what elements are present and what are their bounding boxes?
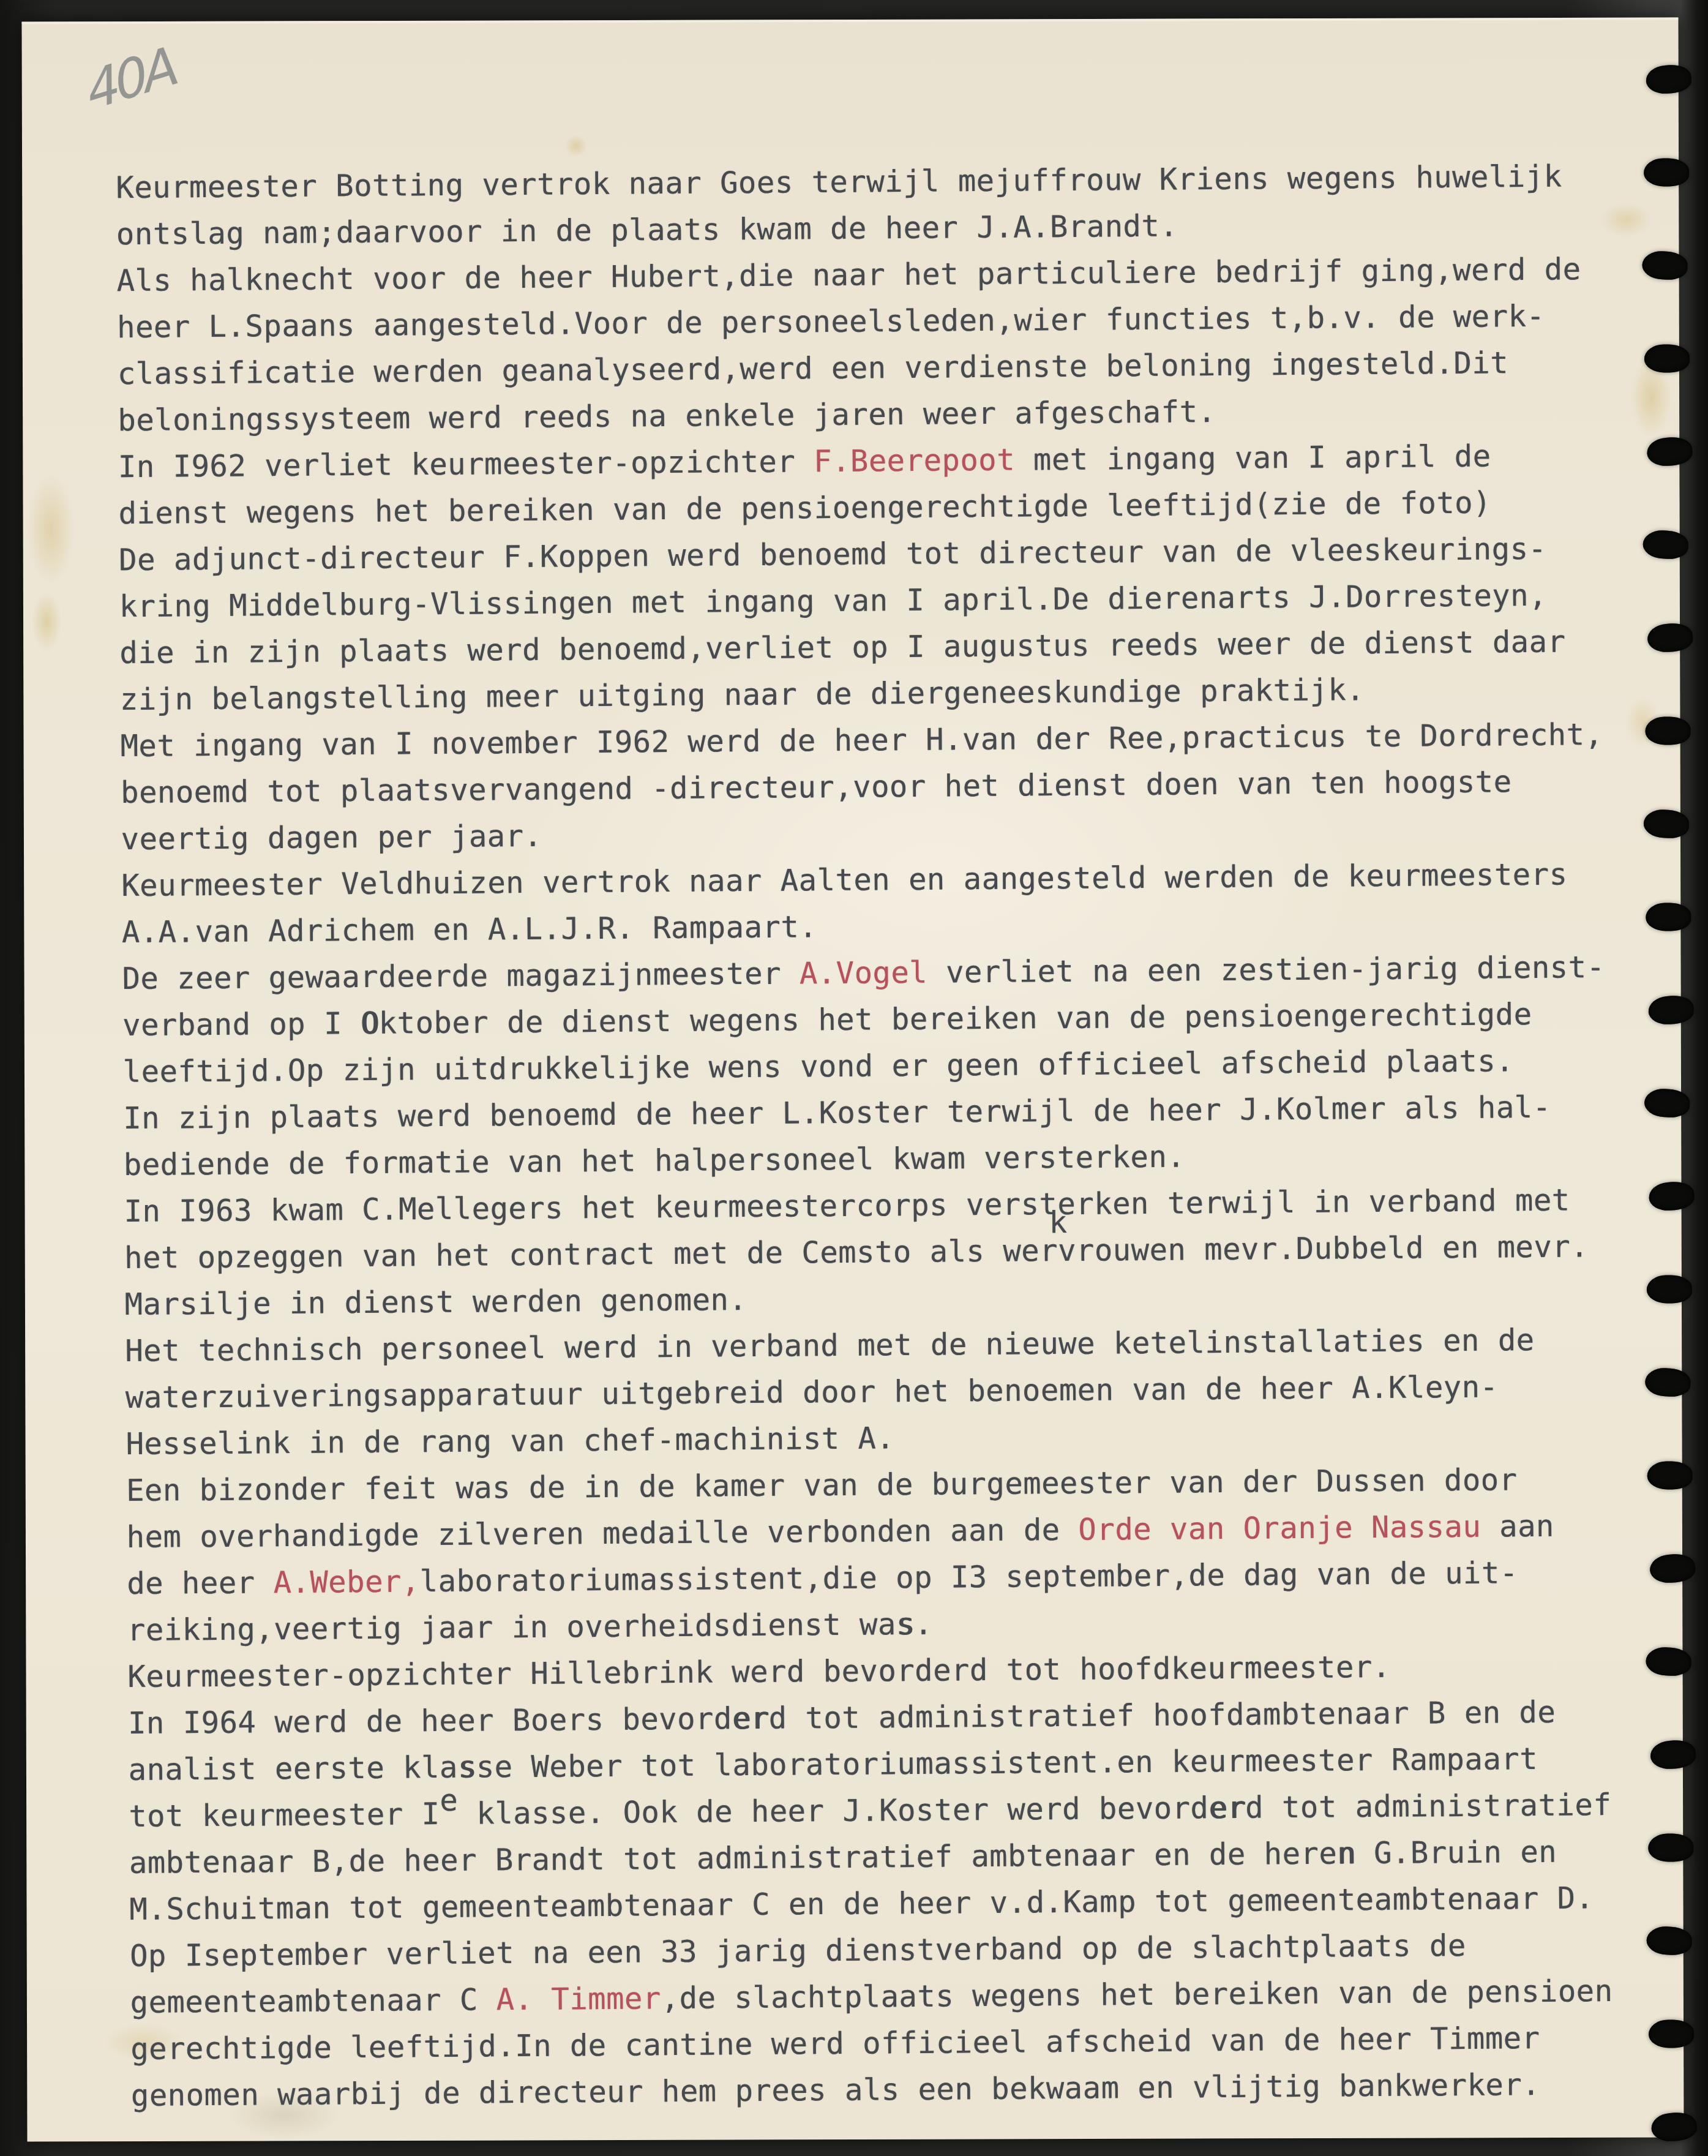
typewriter-text: e bbox=[440, 1783, 458, 1818]
typewriter-text: die in zijn plaats werd benoemd,verliet … bbox=[119, 625, 1566, 671]
typewriter-text: In I964 werd de heer Boers bevord bbox=[128, 1701, 732, 1741]
red-ink-text: A. Timmer bbox=[496, 1981, 661, 2017]
typewriter-text: d tot administratief bbox=[1245, 1787, 1611, 1825]
punch-hole bbox=[1644, 1367, 1691, 1398]
typewriter-text: De adjunct-directeur F.Koppen werd benoe… bbox=[119, 531, 1547, 577]
document-page: 40A Keurmeester Botting vertrok naar Goe… bbox=[21, 17, 1684, 2141]
typewriter-text: s bbox=[896, 1607, 914, 1642]
typewriter-text: verliet na een zestien-jarig dienst- bbox=[927, 950, 1605, 990]
typewriter-text: De zeer gewaardeerde magazijnmeester bbox=[122, 956, 800, 996]
typewriter-text: tot keurmeester I bbox=[129, 1797, 440, 1834]
typewriter-text: zijn belangstelling meer uitging naar de… bbox=[120, 672, 1365, 717]
typewriter-text: genomen waarbij de directeur hem prees a… bbox=[131, 2067, 1541, 2113]
typewriter-text: k bbox=[1049, 1200, 1049, 1246]
typewriter-text: er bbox=[732, 1701, 769, 1736]
typewriter-text: In I963 kwam C.Mellegers het keurmeester… bbox=[124, 1183, 1570, 1230]
punch-hole bbox=[1649, 2019, 1694, 2048]
typewriter-text: kring Middelburg-Vlissingen met ingang v… bbox=[119, 578, 1548, 624]
typewriter-text: vrouwen mevr.Dubbeld en mevr. bbox=[1058, 1229, 1589, 1268]
typewriter-text: de heer bbox=[127, 1565, 274, 1601]
punch-hole bbox=[1645, 1647, 1691, 1677]
punch-hole bbox=[1649, 1553, 1696, 1584]
typewriter-text: A.A.van Adrichem en A.L.J.R. Rampaart. bbox=[122, 909, 818, 950]
typewriter-text: met ingang van I april de bbox=[1015, 439, 1491, 478]
punch-hole bbox=[1647, 1275, 1692, 1303]
punch-hole bbox=[1643, 809, 1690, 839]
typewriter-text: benoemd tot plaatsvervangend -directeur,… bbox=[121, 764, 1512, 810]
typewriter-text: Een bizonder feit was de in de kamer van… bbox=[126, 1462, 1518, 1508]
red-ink-text: Orde van Oranje Nassau bbox=[1078, 1509, 1481, 1547]
punch-hole bbox=[1647, 622, 1694, 653]
punch-hole bbox=[1645, 716, 1690, 745]
typewriter-text: Keurmeester Veldhuizen vertrok naar Aalt… bbox=[121, 857, 1568, 904]
typewriter-text: d tot administratief hoofdambtenaar B en… bbox=[768, 1695, 1556, 1736]
typewriter-text: Marsilje in dienst werden genomen. bbox=[124, 1282, 747, 1322]
typewriter-text: ,de slachtplaats wegens het bereiken van… bbox=[661, 1974, 1613, 2016]
punch-hole bbox=[1647, 1461, 1693, 1489]
typewriter-text: dienst wegens het bereiken van de pensio… bbox=[118, 486, 1491, 531]
typewriter-text: ontslag nam;daarvoor in de plaats kwam d… bbox=[116, 209, 1178, 252]
typewriter-text: Keurmeester-opzichter Hillebrink werd be… bbox=[127, 1650, 1391, 1694]
typewriter-text: In I962 verliet keurmeester-opzichter bbox=[118, 444, 814, 484]
red-ink-text: F.Beerepoot bbox=[814, 443, 1015, 479]
typewriter-text: s bbox=[458, 1750, 476, 1785]
typewriter-text: Op Iseptember verliet na een 33 jarig di… bbox=[130, 1928, 1466, 1974]
red-ink-text: A.Vogel bbox=[800, 955, 928, 991]
typewriter-text: M.Schuitman tot gemeenteambtenaar C en d… bbox=[129, 1880, 1594, 1927]
punch-hole bbox=[1644, 1088, 1690, 1119]
punch-hole bbox=[1641, 250, 1688, 281]
punch-hole bbox=[1648, 1833, 1693, 1861]
typewriter-text: ktober de dienst wegens het bereiken van… bbox=[379, 997, 1532, 1041]
typewriter-text: reiking,veertig jaar in overheidsdienst … bbox=[127, 1607, 896, 1648]
punch-holes bbox=[1644, 65, 1695, 2141]
typewriter-text: gemeenteambtenaar C bbox=[130, 1982, 496, 2020]
typewriter-text: analist eerste kla bbox=[128, 1750, 458, 1787]
typewriter-text: Keurmeester Botting vertrok naar Goes te… bbox=[116, 159, 1562, 206]
punch-hole bbox=[1649, 1739, 1696, 1770]
typewriter-text: O bbox=[361, 1006, 379, 1041]
typewriter-text: bediende de formatie van het halpersonee… bbox=[124, 1139, 1186, 1182]
page-number-handwritten: 40A bbox=[81, 36, 179, 122]
punch-hole bbox=[1644, 344, 1690, 372]
typewriter-text: hem overhandigde zilveren medaille verbo… bbox=[126, 1512, 1078, 1555]
typewriter-text: n bbox=[1337, 1836, 1355, 1871]
typewriter-text: Met ingang van I november I962 werd de h… bbox=[120, 717, 1603, 764]
typewriter-text: laboratoriumassistent,die op I3 septembe… bbox=[419, 1555, 1518, 1599]
typewriter-text: ambtenaar B,de heer Brandt tot administr… bbox=[129, 1836, 1338, 1880]
red-ink-text: A.Weber, bbox=[273, 1564, 420, 1600]
typewritten-text: Keurmeester Botting vertrok naar Goes te… bbox=[116, 153, 1649, 2119]
punch-hole bbox=[1646, 436, 1693, 467]
punch-hole bbox=[1642, 530, 1689, 560]
punch-hole bbox=[1647, 994, 1695, 1026]
punch-hole bbox=[1644, 158, 1689, 186]
typewriter-text: . bbox=[914, 1607, 932, 1642]
typewriter-text: Als halknecht voor de heer Hubert,die na… bbox=[116, 252, 1581, 298]
typewriter-text: klasse. Ook de heer J.Koster werd bevord bbox=[458, 1790, 1208, 1831]
typewriter-text: Het technisch personeel werd in verband … bbox=[125, 1323, 1535, 1369]
typewriter-text: veertig dagen per jaar. bbox=[121, 819, 542, 857]
typewriter-text: se Weber tot laboratoriumassistent.en ke… bbox=[476, 1741, 1538, 1785]
punch-hole bbox=[1646, 903, 1691, 931]
typewriter-text: gerechtigde leeftijd.In de cantine werd … bbox=[130, 2021, 1540, 2067]
typewriter-text: leeftijd.Op zijn uitdrukkelijke wens von… bbox=[122, 1043, 1514, 1089]
typewriter-text: waterzuiveringsapparatuur uitgebreid doo… bbox=[125, 1369, 1499, 1415]
typewriter-text: het opzeggen van het contract met de Cem… bbox=[124, 1233, 1058, 1275]
typewriter-text: In zijn plaats werd benoemd de heer L.Ko… bbox=[123, 1090, 1551, 1136]
typewriter-text: classificatie werden geanalyseerd,werd e… bbox=[118, 345, 1509, 391]
typewriter-text: er bbox=[1208, 1790, 1245, 1825]
typewriter-text: Hesselink in de rang van chef-machinist … bbox=[125, 1421, 894, 1462]
typewriter-text: beloningssysteem werd reeds na enkele ja… bbox=[118, 394, 1216, 438]
typewriter-text: aan bbox=[1481, 1509, 1554, 1544]
typewriter-text: G.Bruin en bbox=[1355, 1835, 1557, 1871]
punch-hole bbox=[1645, 64, 1692, 95]
typewriter-text: verband op I bbox=[122, 1006, 361, 1043]
punch-hole bbox=[1650, 2111, 1698, 2143]
punch-hole bbox=[1648, 1181, 1695, 1212]
punch-hole bbox=[1646, 1926, 1693, 1956]
typewriter-text: heer L.Spaans aangesteld.Voor de persone… bbox=[117, 299, 1545, 345]
